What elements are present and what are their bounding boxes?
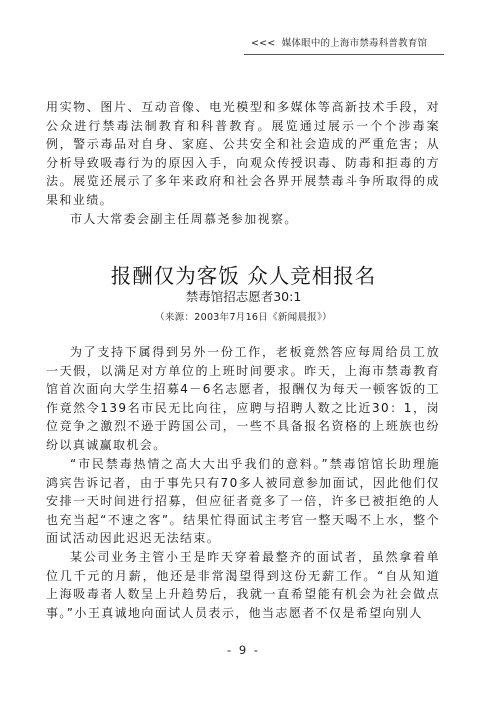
article-source: （来源：2003年7月16日《新闻晨报》） [0, 311, 487, 325]
article-paragraph-2: “市民禁毒热情之高大大出乎我们的意料。”禁毒馆馆长助理施鸿宾告诉记者，由于事先只… [46, 455, 440, 548]
article-title: 报酬仅为客饭 众人竞相报名 [0, 264, 487, 288]
running-header-title: 媒体眼中的上海市禁毒科普教育馆 [282, 38, 428, 49]
back-arrows-glyph: <<< [251, 38, 275, 49]
running-header: <<< 媒体眼中的上海市禁毒科普教育馆 [244, 37, 444, 55]
article-paragraph-3: 某公司业务主管小王是昨天穿着最整齐的面试者，虽然拿着单位几千元的月薪，他还是非常… [46, 548, 440, 622]
page-number: - 9 - [0, 643, 487, 657]
intro-paragraph-2: 市人大常委会副主任周慕尧参加视察。 [46, 210, 440, 229]
intro-paragraph-1: 用实物、图片、互动音像、电光模型和多媒体等高新技术手段，对公众进行禁毒法制教育和… [46, 98, 440, 210]
article-paragraph-1: 为了支持下属得到另外一份工作，老板竟然答应每周给员工放一天假，以满足对方单位的上… [46, 343, 440, 455]
article-subtitle: 禁毒馆招志愿者30:1 [0, 289, 487, 305]
